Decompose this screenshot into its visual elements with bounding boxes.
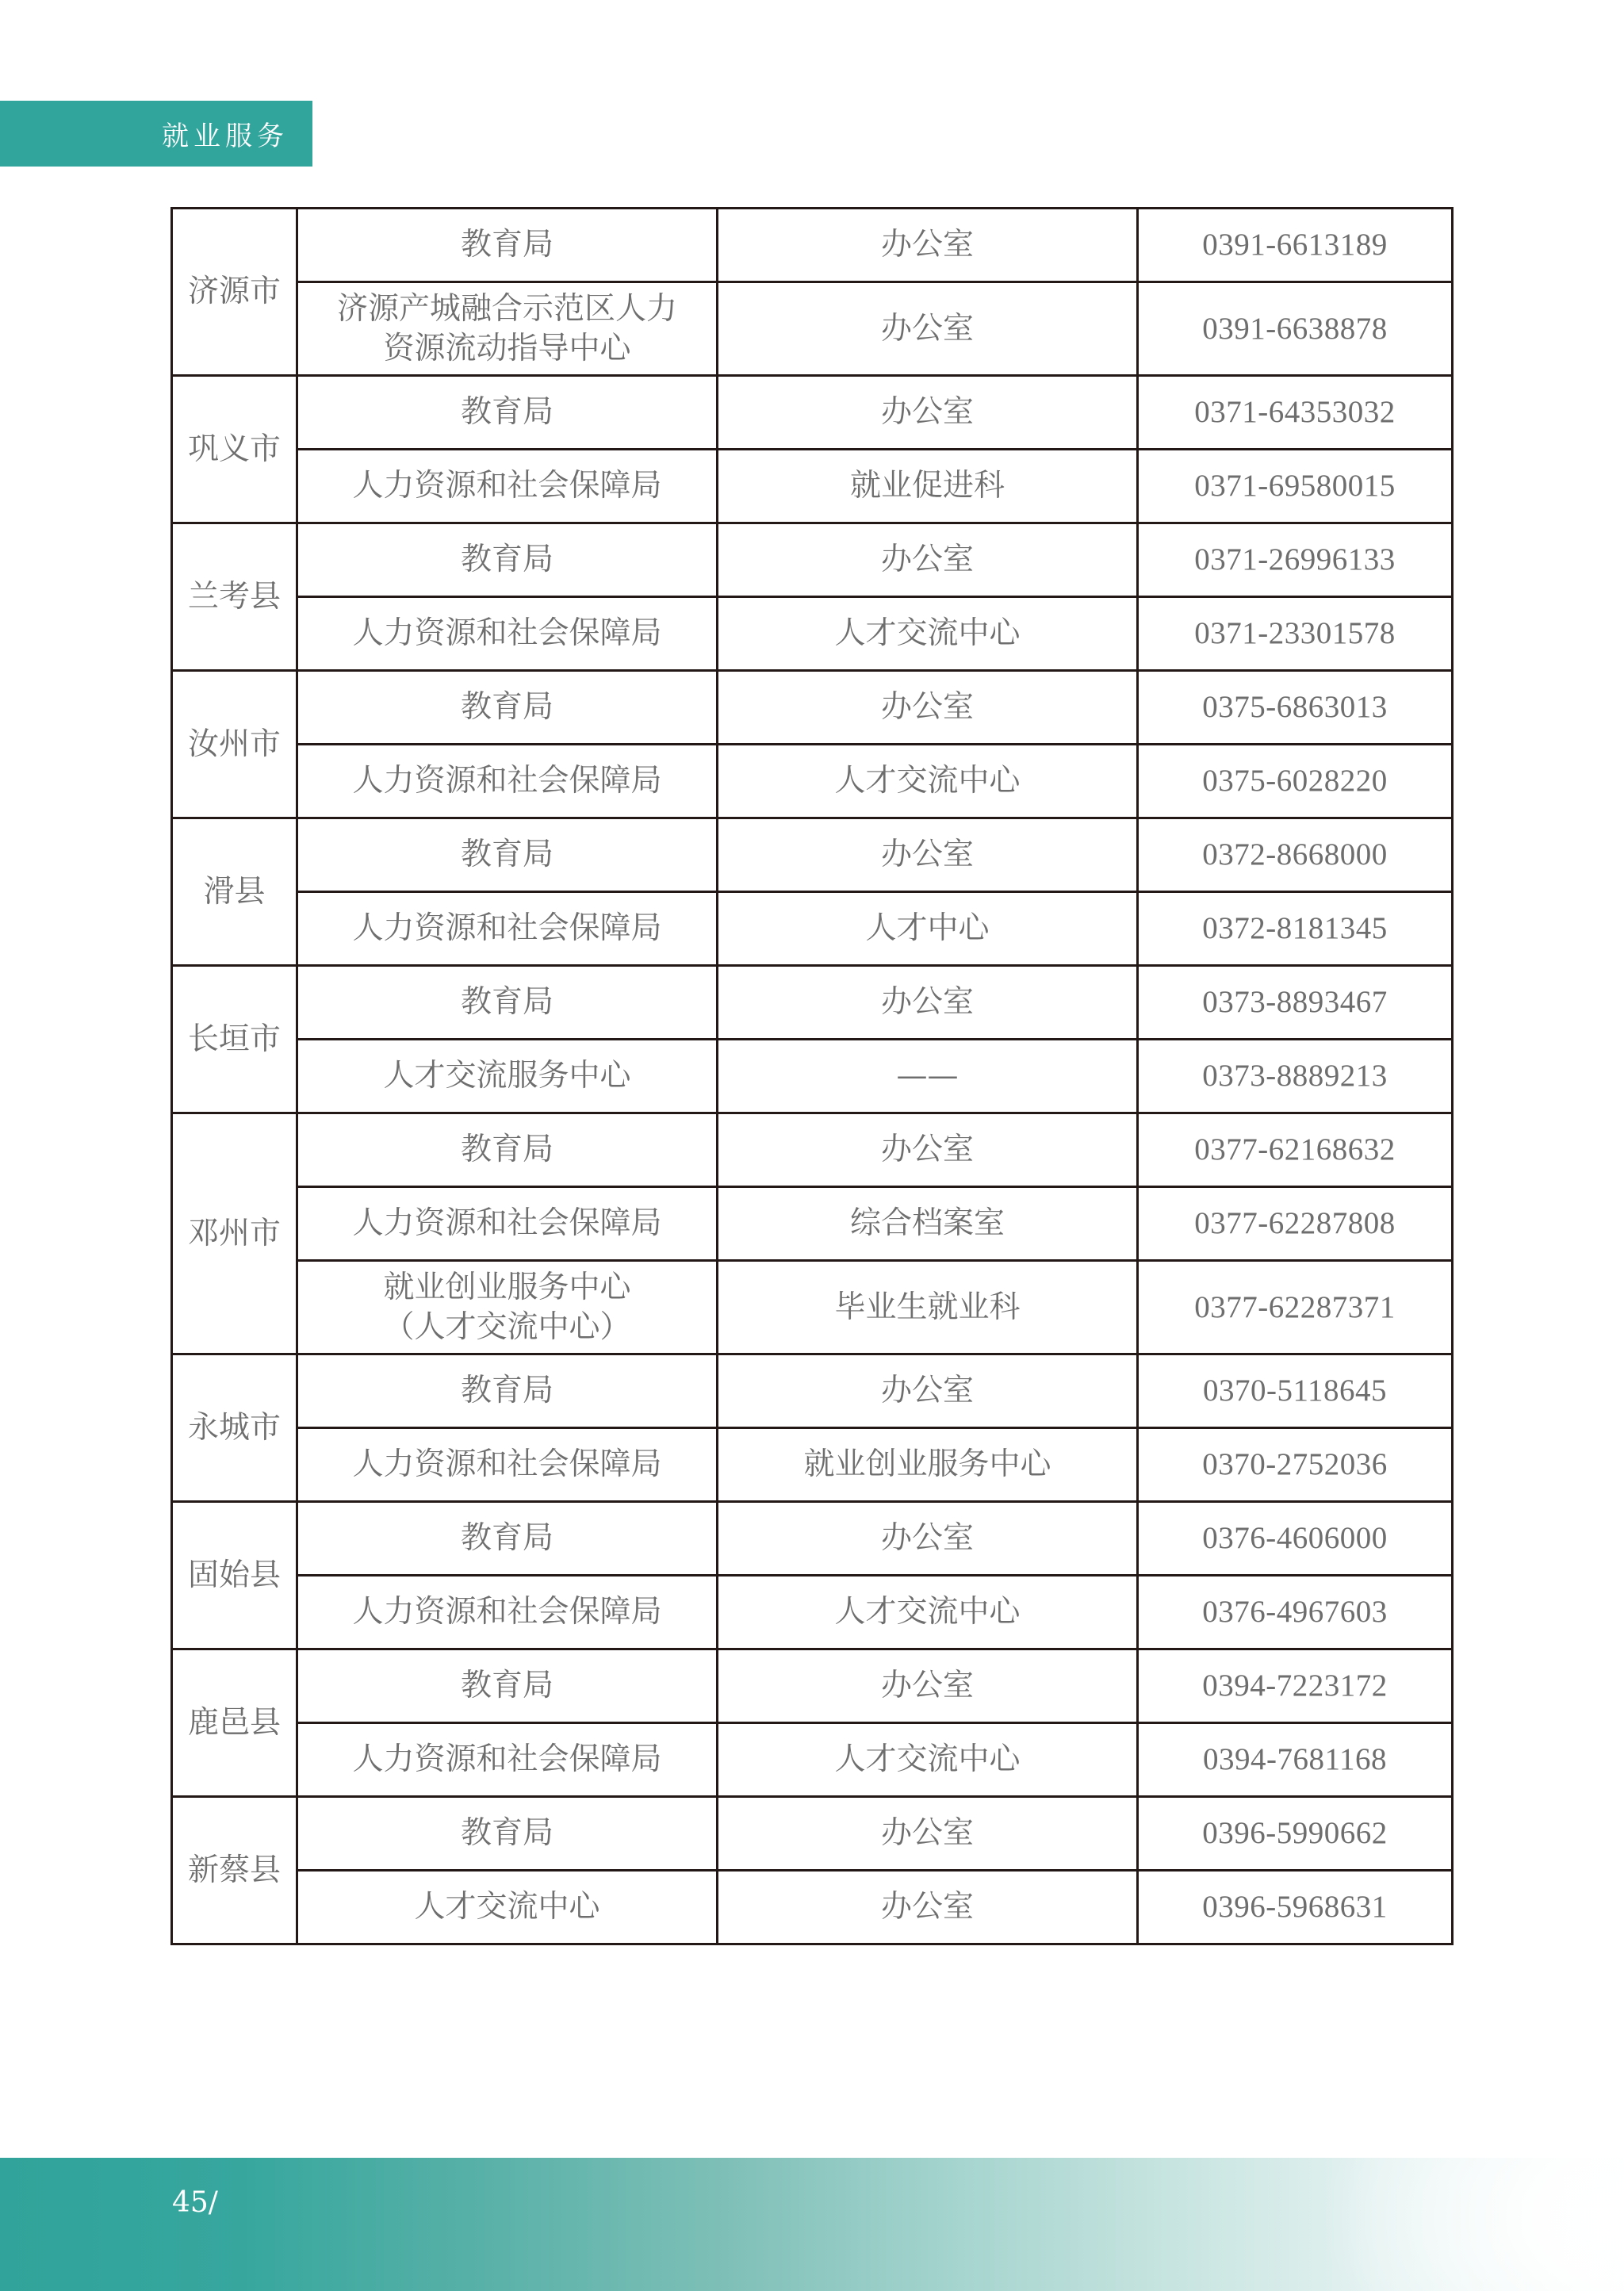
- phone-cell: 0370-2752036: [1138, 1428, 1453, 1502]
- dept-cell: 毕业生就业科: [718, 1261, 1138, 1354]
- region-cell: 固始县: [172, 1502, 297, 1649]
- unit-cell: 教育局: [297, 1502, 718, 1576]
- unit-cell: 人力资源和社会保障局: [297, 1187, 718, 1261]
- dept-cell: 综合档案室: [718, 1187, 1138, 1261]
- unit-cell: 教育局: [297, 1649, 718, 1723]
- unit-cell: 教育局: [297, 523, 718, 597]
- phone-cell: 0370-5118645: [1138, 1354, 1453, 1428]
- unit-line: （人才交流中心）: [304, 1308, 710, 1347]
- table-row: 人才交流服务中心 —— 0373-8889213: [172, 1040, 1453, 1113]
- region-cell: 邓州市: [172, 1113, 297, 1354]
- unit-cell: 人力资源和社会保障局: [297, 892, 718, 966]
- phone-cell: 0377-62287371: [1138, 1261, 1453, 1354]
- unit-cell: 教育局: [297, 671, 718, 745]
- unit-cell: 教育局: [297, 209, 718, 282]
- phone-cell: 0396-5968631: [1138, 1871, 1453, 1944]
- table-row: 鹿邑县 教育局 办公室 0394-7223172: [172, 1649, 1453, 1723]
- phone-cell: 0375-6028220: [1138, 745, 1453, 818]
- dept-cell: 办公室: [718, 1354, 1138, 1428]
- unit-cell: 教育局: [297, 966, 718, 1040]
- region-cell: 兰考县: [172, 523, 297, 671]
- footer-band: [0, 2158, 1624, 2291]
- table-row: 济源产城融合示范区人力 资源流动指导中心 办公室 0391-6638878: [172, 282, 1453, 376]
- phone-cell: 0375-6863013: [1138, 671, 1453, 745]
- unit-cell: 人才交流服务中心: [297, 1040, 718, 1113]
- phone-cell: 0371-64353032: [1138, 376, 1453, 450]
- table-row: 兰考县 教育局 办公室 0371-26996133: [172, 523, 1453, 597]
- dept-cell: 人才中心: [718, 892, 1138, 966]
- region-cell: 济源市: [172, 209, 297, 376]
- dept-cell: 办公室: [718, 966, 1138, 1040]
- phone-cell: 0371-26996133: [1138, 523, 1453, 597]
- region-cell: 长垣市: [172, 966, 297, 1113]
- region-cell: 永城市: [172, 1354, 297, 1502]
- phone-cell: 0377-62287808: [1138, 1187, 1453, 1261]
- phone-cell: 0396-5990662: [1138, 1797, 1453, 1871]
- table-row: 济源市 教育局 办公室 0391-6613189: [172, 209, 1453, 282]
- region-cell: 鹿邑县: [172, 1649, 297, 1797]
- unit-line: 资源流动指导中心: [304, 329, 710, 369]
- phone-cell: 0376-4606000: [1138, 1502, 1453, 1576]
- table-row: 人力资源和社会保障局 人才交流中心 0375-6028220: [172, 745, 1453, 818]
- table-row: 人力资源和社会保障局 人才交流中心 0394-7681168: [172, 1723, 1453, 1797]
- phone-cell: 0394-7681168: [1138, 1723, 1453, 1797]
- table-row: 巩义市 教育局 办公室 0371-64353032: [172, 376, 1453, 450]
- dept-cell: 办公室: [718, 1797, 1138, 1871]
- table-row: 新蔡县 教育局 办公室 0396-5990662: [172, 1797, 1453, 1871]
- dept-cell: 办公室: [718, 209, 1138, 282]
- unit-cell: 教育局: [297, 376, 718, 450]
- phone-cell: 0373-8893467: [1138, 966, 1453, 1040]
- page-number: 45/: [172, 2186, 218, 2219]
- table-row: 人才交流中心 办公室 0396-5968631: [172, 1871, 1453, 1944]
- table-row: 邓州市 教育局 办公室 0377-62168632: [172, 1113, 1453, 1187]
- dept-cell: 办公室: [718, 523, 1138, 597]
- table-row: 就业创业服务中心 （人才交流中心） 毕业生就业科 0377-62287371: [172, 1261, 1453, 1354]
- unit-cell: 人力资源和社会保障局: [297, 597, 718, 671]
- unit-line: 就业创业服务中心: [304, 1268, 710, 1308]
- phone-cell: 0371-23301578: [1138, 597, 1453, 671]
- unit-cell: 人力资源和社会保障局: [297, 1576, 718, 1649]
- phone-cell: 0391-6613189: [1138, 209, 1453, 282]
- table-row: 人力资源和社会保障局 人才中心 0372-8181345: [172, 892, 1453, 966]
- dept-cell: 办公室: [718, 818, 1138, 892]
- dept-cell: 就业促进科: [718, 450, 1138, 523]
- phone-cell: 0376-4967603: [1138, 1576, 1453, 1649]
- dept-cell: 人才交流中心: [718, 597, 1138, 671]
- table-row: 人力资源和社会保障局 人才交流中心 0371-23301578: [172, 597, 1453, 671]
- table-row: 长垣市 教育局 办公室 0373-8893467: [172, 966, 1453, 1040]
- region-cell: 新蔡县: [172, 1797, 297, 1944]
- unit-cell: 人力资源和社会保障局: [297, 1723, 718, 1797]
- table-row: 滑县 教育局 办公室 0372-8668000: [172, 818, 1453, 892]
- unit-cell: 教育局: [297, 1113, 718, 1187]
- table-row: 固始县 教育局 办公室 0376-4606000: [172, 1502, 1453, 1576]
- region-cell: 滑县: [172, 818, 297, 966]
- unit-cell: 教育局: [297, 1797, 718, 1871]
- dept-cell: 办公室: [718, 1502, 1138, 1576]
- dept-cell: 办公室: [718, 376, 1138, 450]
- unit-cell: 就业创业服务中心 （人才交流中心）: [297, 1261, 718, 1354]
- dept-cell: 办公室: [718, 1871, 1138, 1944]
- table-row: 汝州市 教育局 办公室 0375-6863013: [172, 671, 1453, 745]
- dept-cell: 办公室: [718, 671, 1138, 745]
- dept-cell: 办公室: [718, 1649, 1138, 1723]
- unit-cell: 人力资源和社会保障局: [297, 450, 718, 523]
- dept-cell: 人才交流中心: [718, 1723, 1138, 1797]
- phone-cell: 0391-6638878: [1138, 282, 1453, 376]
- section-header-tab: 就业服务: [0, 101, 312, 167]
- section-title: 就业服务: [162, 114, 289, 153]
- table-row: 人力资源和社会保障局 就业创业服务中心 0370-2752036: [172, 1428, 1453, 1502]
- unit-cell: 人力资源和社会保障局: [297, 1428, 718, 1502]
- unit-cell: 教育局: [297, 818, 718, 892]
- dept-cell: 办公室: [718, 1113, 1138, 1187]
- dept-cell: ——: [718, 1040, 1138, 1113]
- region-cell: 汝州市: [172, 671, 297, 818]
- dept-cell: 人才交流中心: [718, 1576, 1138, 1649]
- table-row: 人力资源和社会保障局 就业促进科 0371-69580015: [172, 450, 1453, 523]
- contact-table: 济源市 教育局 办公室 0391-6613189 济源产城融合示范区人力 资源流…: [170, 207, 1454, 1945]
- unit-line: 济源产城融合示范区人力: [304, 289, 710, 329]
- phone-cell: 0371-69580015: [1138, 450, 1453, 523]
- table-row: 人力资源和社会保障局 综合档案室 0377-62287808: [172, 1187, 1453, 1261]
- phone-cell: 0372-8181345: [1138, 892, 1453, 966]
- table-row: 永城市 教育局 办公室 0370-5118645: [172, 1354, 1453, 1428]
- dept-cell: 办公室: [718, 282, 1138, 376]
- region-cell: 巩义市: [172, 376, 297, 523]
- table-row: 人力资源和社会保障局 人才交流中心 0376-4967603: [172, 1576, 1453, 1649]
- unit-cell: 教育局: [297, 1354, 718, 1428]
- unit-cell: 人才交流中心: [297, 1871, 718, 1944]
- dept-cell: 就业创业服务中心: [718, 1428, 1138, 1502]
- unit-cell: 人力资源和社会保障局: [297, 745, 718, 818]
- unit-cell: 济源产城融合示范区人力 资源流动指导中心: [297, 282, 718, 376]
- phone-cell: 0377-62168632: [1138, 1113, 1453, 1187]
- phone-cell: 0372-8668000: [1138, 818, 1453, 892]
- phone-cell: 0394-7223172: [1138, 1649, 1453, 1723]
- dept-cell: 人才交流中心: [718, 745, 1138, 818]
- phone-cell: 0373-8889213: [1138, 1040, 1453, 1113]
